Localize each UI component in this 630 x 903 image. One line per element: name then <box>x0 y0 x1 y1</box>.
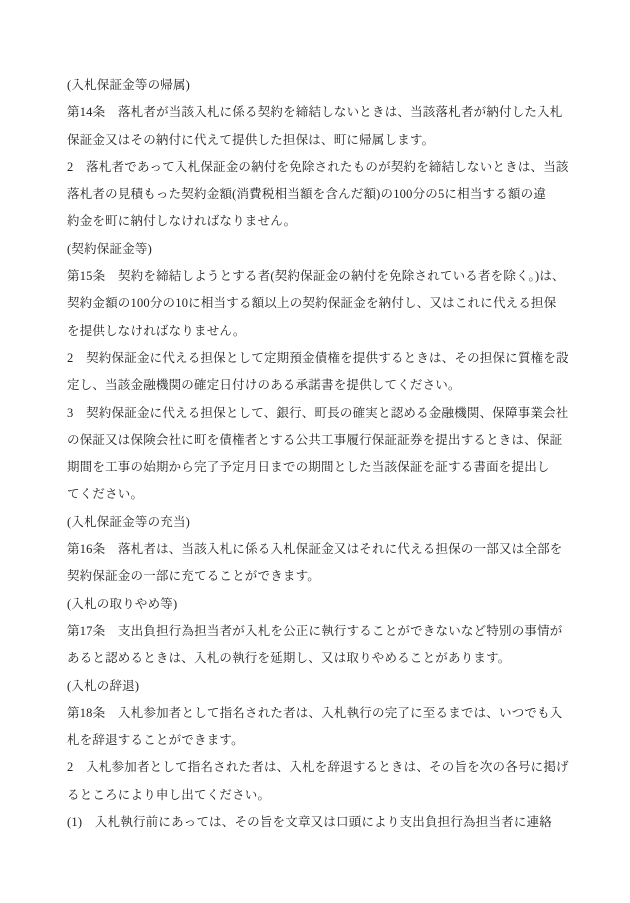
section-heading: (入札保証金等の充当) <box>67 509 567 536</box>
article-15-para-2-line: 2 契約保証金に代える担保として定期預金債権を提供するときは、その担保に質権を設 <box>67 345 567 372</box>
article-18-para-2-line: るところにより申し出てください。 <box>67 782 567 809</box>
article-18-para-2-line: 2 入札参加者として指名された者は、入札を辞退するときは、その旨を次の各号に掲げ <box>67 754 567 781</box>
article-18-item-1-line: (1) 入札執行前にあっては、その旨を文章又は口頭により支出負担行為担当者に連絡 <box>67 809 567 836</box>
article-14-line: 保証金又はその納付に代えて提供した担保は、町に帰属します。 <box>67 127 567 154</box>
article-18-line: 札を辞退することができます。 <box>67 727 567 754</box>
article-14-para-2-line: 約金を町に納付しなければなりません。 <box>67 208 567 235</box>
article-14-line: 第14条 落札者が当該入札に係る契約を締結しないときは、当該落札者が納付した入札 <box>67 99 567 126</box>
article-17-line: あると認めるときは、入札の執行を延期し、又は取りやめることがあります。 <box>67 645 567 672</box>
article-18-line: 第18条 入札参加者として指名された者は、入札執行の完了に至るまでは、いつでも入 <box>67 700 567 727</box>
article-15-para-3-line: 期間を工事の始期から完了予定月日までの期間とした当該保証を証する書面を提出し <box>67 454 567 481</box>
document-text-block: (入札保証金等の帰属) 第14条 落札者が当該入札に係る契約を締結しないときは、… <box>67 72 567 836</box>
article-15-line: を提供しなければなりません。 <box>67 318 567 345</box>
article-14-para-2-line: 2 落札者であって入札保証金の納付を免除されたものが契約を締結しないときは、当該 <box>67 154 567 181</box>
document-page: (入札保証金等の帰属) 第14条 落札者が当該入札に係る契約を締結しないときは、… <box>0 0 630 903</box>
article-14-para-2-line: 落札者の見積もった契約金額(消費税相当額を含んだ額)の100分の5に相当する額の… <box>67 181 567 208</box>
article-15-line: 契約金額の100分の10に相当する額以上の契約保証金を納付し、又はこれに代える担… <box>67 290 567 317</box>
article-15-para-3-line: の保証又は保険会社に町を債権者とする公共工事履行保証証券を提出するときは、保証 <box>67 427 567 454</box>
article-16-line: 第16条 落札者は、当該入札に係る入札保証金又はそれに代える担保の一部又は全部を <box>67 536 567 563</box>
article-16-line: 契約保証金の一部に充てることができます。 <box>67 563 567 590</box>
article-15-line: 第15条 契約を締結しようとする者(契約保証金の納付を免除されている者を除く。)… <box>67 263 567 290</box>
section-heading: (入札保証金等の帰属) <box>67 72 567 99</box>
article-15-para-3-line: 3 契約保証金に代える担保として、銀行、町長の確実と認める金融機関、保障事業会社 <box>67 400 567 427</box>
section-heading: (入札の辞退) <box>67 673 567 700</box>
article-15-para-3-line: てください。 <box>67 481 567 508</box>
article-17-line: 第17条 支出負担行為担当者が入札を公正に執行することができないなど特別の事情が <box>67 618 567 645</box>
section-heading: (契約保証金等) <box>67 236 567 263</box>
section-heading: (入札の取りやめ等) <box>67 591 567 618</box>
article-15-para-2-line: 定し、当該金融機関の確定日付けのある承諾書を提供してください。 <box>67 372 567 399</box>
